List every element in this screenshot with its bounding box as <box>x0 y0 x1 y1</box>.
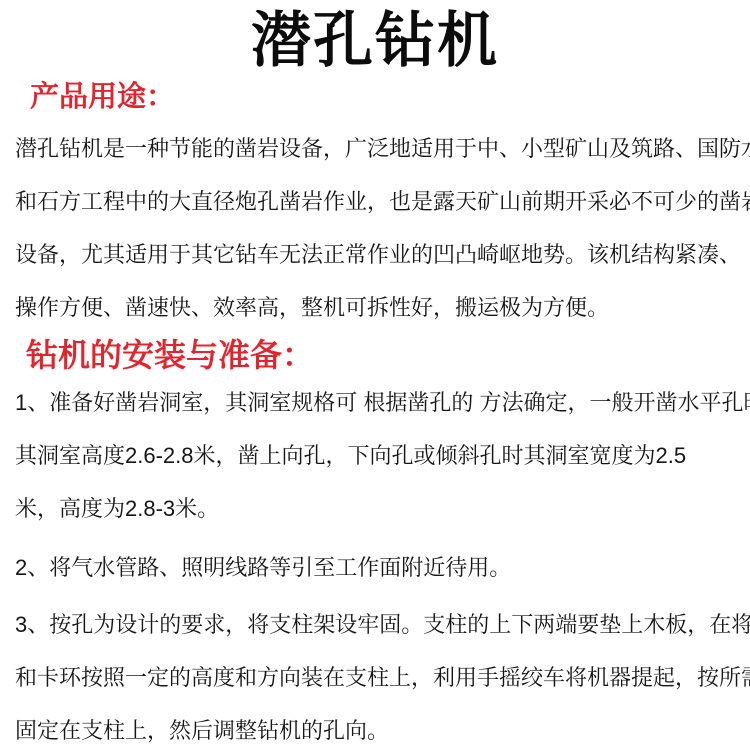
body-line: 固定在支柱上，然后调整钻机的孔向。 <box>0 704 750 750</box>
body-line: 设备，尤其适用于其它钻车无法正常作业的凹凸崎岖地势。该机结构紧凑、 <box>0 228 750 281</box>
body-line: 和石方工程中的大直径炮孔凿岩作业，也是露天矿山前期开采必不可少的凿岩 <box>0 175 750 228</box>
section-heading-installation: 钻机的安装与准备： <box>0 334 750 376</box>
page-title: 潜孔钻机 <box>0 0 750 78</box>
body-line: 操作方便、凿速快、效率高，整机可拆性好，搬运极为方便。 <box>0 281 750 334</box>
install-step-3: 3、按孔为设计的要求，将支柱架设牢固。支柱的上下两端要垫上木板，在将横轴 和卡环… <box>0 598 750 750</box>
body-line: 和卡环按照一定的高度和方向装在支柱上，利用手摇绞车将机器提起，按所需的角度 <box>0 651 750 704</box>
body-line: 1、准备好凿岩洞室，其洞室规格可 根据凿孔的 方法确定，一般开凿水平孔时 <box>0 376 750 429</box>
body-line: 3、按孔为设计的要求，将支柱架设牢固。支柱的上下两端要垫上木板，在将横轴 <box>0 598 750 651</box>
install-step-2: 2、将气水管路、照明线路等引至工作面附近待用。 <box>0 541 750 594</box>
body-line: 其洞室高度2.6-2.8米，凿上向孔，下向孔或倾斜孔时其洞室宽度为2.5 <box>0 429 750 482</box>
document-page: 潜孔钻机 产品用途： 潜孔钻机是一种节能的凿岩设备，广泛地适用于中、小型矿山及筑… <box>0 0 750 750</box>
section-heading-product-usage: 产品用途： <box>0 78 750 116</box>
body-line: 潜孔钻机是一种节能的凿岩设备，广泛地适用于中、小型矿山及筑路、国防水利 <box>0 122 750 175</box>
body-line: 米，高度为2.8-3米。 <box>0 482 750 535</box>
install-step-1: 1、准备好凿岩洞室，其洞室规格可 根据凿孔的 方法确定，一般开凿水平孔时 其洞室… <box>0 376 750 535</box>
body-line: 2、将气水管路、照明线路等引至工作面附近待用。 <box>0 541 750 594</box>
product-usage-paragraph: 潜孔钻机是一种节能的凿岩设备，广泛地适用于中、小型矿山及筑路、国防水利 和石方工… <box>0 122 750 334</box>
